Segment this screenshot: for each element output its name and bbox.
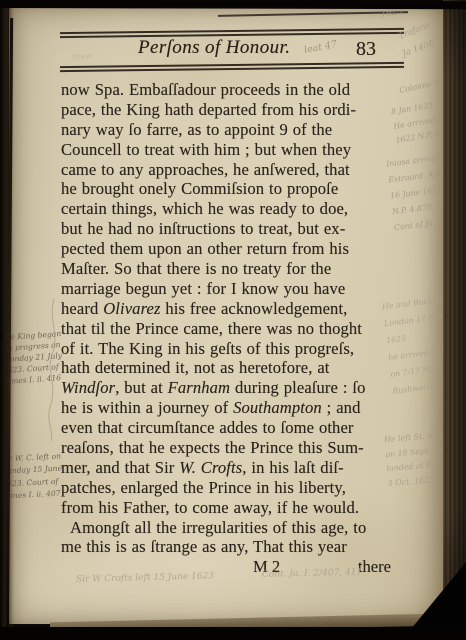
text-line: certain things, which he was ready to do… (61, 199, 397, 219)
fore-edge-shadow (443, 0, 466, 640)
text-line: hath determined it, not as heretofore, a… (61, 358, 397, 378)
text-line: Councell to treat with him ; but when th… (61, 140, 397, 160)
bottom-background-strip (0, 627, 466, 640)
running-header: Perſons of Honour. 83 (60, 30, 404, 70)
text-line: mer, and that Sir W. Crofts, in his laſt… (61, 458, 397, 478)
text-segment: , in his laſt diſ- (242, 458, 343, 477)
text-line: but he had no inſtructions to treat, but… (61, 219, 397, 239)
text-segment: even that circumſtance addes to ſome oth… (61, 418, 354, 437)
text-segment: Councell to treat with him ; but when th… (61, 140, 351, 159)
text-line: came to any approaches, he anſwered, tha… (61, 160, 397, 180)
text-line: he is within a journey of Southampton ; … (61, 398, 397, 418)
text-line: pected them upon an other return from hi… (61, 239, 397, 259)
text-segment: nary way ſo farre, as to appoint 9 of th… (61, 120, 332, 139)
text-line: nary way ſo farre, as to appoint 9 of th… (61, 120, 397, 140)
text-segment: mer, and that Sir (61, 458, 179, 477)
text-line: Windſor, but at Farnham during pleaſure … (61, 378, 397, 398)
text-line: of it. The King in his geſts of this pro… (61, 339, 397, 359)
text-line: reaſons, that he expects the Prince this… (61, 438, 397, 458)
page-title: Perſons of Honour. (138, 37, 290, 59)
signature-mark: M 2 (253, 557, 280, 577)
italic-word: Farnham (168, 378, 230, 397)
text-segment: hath determined it, not as heretofore, a… (61, 358, 330, 377)
text-segment: reaſons, that he expects the Prince this… (61, 438, 364, 457)
italic-word: Southampton (233, 398, 322, 417)
text-line: he brought onely Commiſsion to propoſe (61, 179, 397, 199)
text-line: Amongſt all the irregularities of this a… (61, 518, 397, 538)
text-segment: me this is as ſtrange as any, That this … (61, 537, 347, 556)
text-line: heard Olivarez his free acknowledgement, (61, 299, 397, 319)
text-segment: but he had no inſtructions to treat, but… (61, 219, 345, 238)
text-segment: he is within a journey of (61, 398, 233, 417)
text-segment: patches, enlarged the Prince in his libe… (61, 478, 346, 497)
text-segment: certain things, which he was ready to do… (61, 199, 348, 218)
text-segment: pace, the King hath departed from his or… (61, 100, 356, 119)
text-segment: during pleaſure : ſo (230, 378, 365, 397)
italic-word: W. Crofts (179, 458, 242, 477)
text-line: Maſter. So that there is no treaty for t… (61, 259, 397, 279)
text-segment: Maſter. So that there is no treaty for t… (61, 259, 331, 278)
text-segment: his free acknowledgement, (161, 299, 348, 318)
text-line: marriage begun yet : for I know you have (61, 279, 397, 299)
text-line: even that circumſtance addes to ſome oth… (61, 418, 397, 438)
text-segment: Amongſt all the irregularities of this a… (70, 518, 366, 537)
text-segment: that til the Prince came, there was no t… (61, 319, 362, 338)
text-segment: marriage begun yet : for I know you have (61, 279, 345, 298)
text-segment: ; and (322, 398, 361, 417)
text-line: patches, enlarged the Prince in his libe… (61, 478, 397, 498)
text-segment: he brought onely Commiſsion to propoſe (61, 179, 338, 198)
text-line: from his Father, to come away, if he wou… (61, 498, 397, 518)
text-line: pace, the King hath departed from his or… (61, 100, 397, 120)
text-line: me this is as ſtrange as any, That this … (61, 537, 397, 557)
text-segment: pected them upon an other return from hi… (61, 239, 349, 258)
italic-word: Olivarez (103, 299, 160, 318)
text-segment: of it. The King in his geſts of this pro… (61, 339, 354, 358)
text-line: now Spa. Embaſſadour proceeds in the old (61, 80, 397, 100)
text-line: that til the Prince came, there was no t… (61, 319, 397, 339)
page-number: 83 (356, 38, 376, 61)
text-segment: came to any approaches, he anſwered, tha… (61, 160, 350, 179)
signature-line: M 2 there (61, 557, 397, 577)
top-background-strip (0, 0, 466, 9)
header-row: Perſons of Honour. 83 (60, 36, 404, 62)
text-segment: now Spa. Embaſſadour proceeds in the old (61, 80, 350, 99)
text-segment: , but at (115, 378, 167, 397)
pencil-squiggle-mark (40, 295, 70, 445)
body-text: now Spa. Embaſſadour proceeds in the old… (61, 80, 397, 557)
text-segment: from his Father, to come away, if he wou… (61, 498, 359, 517)
catchword: there (358, 557, 391, 577)
